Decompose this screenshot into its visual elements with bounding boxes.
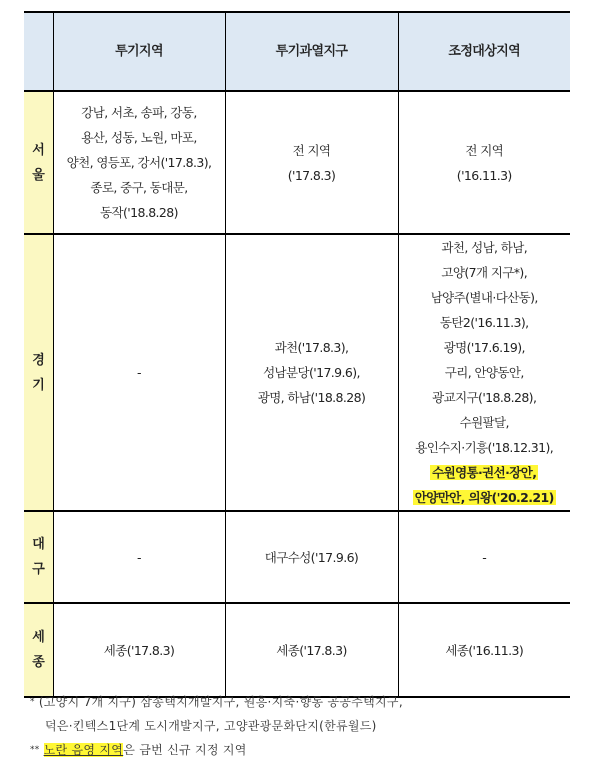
header-corner-cell xyxy=(24,12,53,91)
regulated-areas-table: 투기지역 투기과열지구 조정대상지역 서 울 강남, 서초, 송파, 강동, 용… xyxy=(24,11,570,698)
cell-gyeonggi-adjustment: 과천, 성남, 하남, 고양(7개 지구*), 남양주(별내·다산동), 동탄2… xyxy=(398,234,570,511)
cell-sejong-speculation: 세종('17.8.3) xyxy=(53,603,225,697)
footnote-goyang-continued: 덕은·킨텍스1단계 도시개발지구, 고양관광문화단지(한류월드) xyxy=(30,714,403,738)
row-header-seoul: 서 울 xyxy=(24,91,53,234)
cell-daegu-overheated: 대구수성('17.9.6) xyxy=(225,511,398,603)
table-row-daegu: 대 구 - 대구수성('17.9.6) - xyxy=(24,511,570,603)
cell-gyeonggi-overheated: 과천('17.8.3), 성남분당('17.9.6), 광명, 하남('18.8… xyxy=(225,234,398,511)
new-designation-highlight-2: 안양만안, 의왕('20.2.21) xyxy=(399,485,571,510)
table-row-sejong: 세 종 세종('17.8.3) 세종('17.8.3) 세종('16.11.3) xyxy=(24,603,570,697)
footnotes: *(고양시 7개 지구) 삼송택지개발지구, 원흥·지축·향동 공공주택지구, … xyxy=(30,690,403,762)
header-speculation-zone: 투기지역 xyxy=(53,12,225,91)
cell-seoul-overheated: 전 지역 ('17.8.3) xyxy=(225,91,398,234)
header-adjustment-zone: 조정대상지역 xyxy=(398,12,570,91)
asterisk-mark: * xyxy=(30,697,35,707)
double-asterisk-mark: ** xyxy=(30,745,40,755)
regulated-areas-table-container: 투기지역 투기과열지구 조정대상지역 서 울 강남, 서초, 송파, 강동, 용… xyxy=(24,11,570,698)
cell-daegu-speculation: - xyxy=(53,511,225,603)
cell-sejong-overheated: 세종('17.8.3) xyxy=(225,603,398,697)
highlight-legend-swatch: 노란 음영 지역 xyxy=(44,743,124,757)
footnote-goyang: *(고양시 7개 지구) 삼송택지개발지구, 원흥·지축·향동 공공주택지구, xyxy=(30,690,403,714)
cell-seoul-speculation: 강남, 서초, 송파, 강동, 용산, 성동, 노원, 마포, 양천, 영등포,… xyxy=(53,91,225,234)
header-overheated-zone: 투기과열지구 xyxy=(225,12,398,91)
cell-daegu-adjustment: - xyxy=(398,511,570,603)
footnote-highlight-legend: **노란 음영 지역은 금번 신규 지정 지역 xyxy=(30,738,403,762)
table-row-seoul: 서 울 강남, 서초, 송파, 강동, 용산, 성동, 노원, 마포, 양천, … xyxy=(24,91,570,234)
row-header-gyeonggi: 경 기 xyxy=(24,234,53,511)
table-row-gyeonggi: 경 기 - 과천('17.8.3), 성남분당('17.9.6), 광명, 하남… xyxy=(24,234,570,511)
cell-seoul-adjustment: 전 지역 ('16.11.3) xyxy=(398,91,570,234)
cell-gyeonggi-speculation: - xyxy=(53,234,225,511)
new-designation-highlight-1: 수원영통·권선·장안, xyxy=(399,460,571,485)
row-header-sejong: 세 종 xyxy=(24,603,53,697)
cell-sejong-adjustment: 세종('16.11.3) xyxy=(398,603,570,697)
table-header-row: 투기지역 투기과열지구 조정대상지역 xyxy=(24,12,570,91)
row-header-daegu: 대 구 xyxy=(24,511,53,603)
